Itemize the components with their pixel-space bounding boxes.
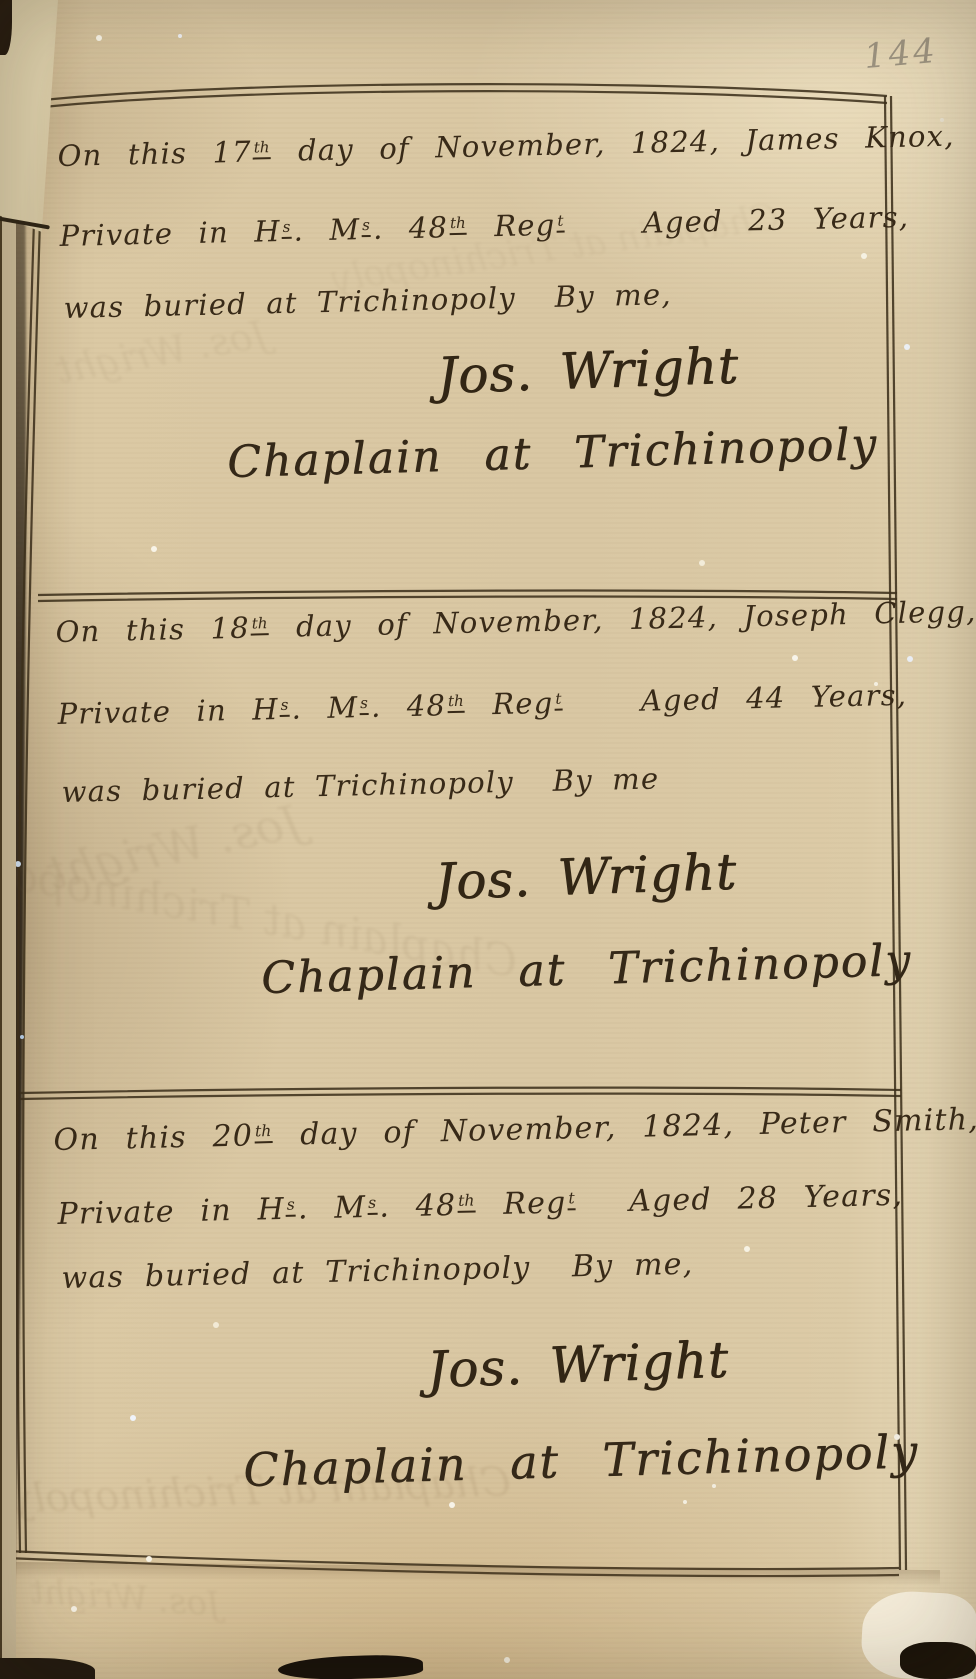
chaplain-signature: Jos. Wright bbox=[436, 337, 740, 405]
folio-number: 144 bbox=[862, 31, 939, 77]
chaplain-signature: Jos. Wright bbox=[426, 1331, 730, 1399]
chaplain-signature: Jos. Wright bbox=[434, 843, 738, 911]
photographed-register-scan: Jos. Wright Chaplain at Trichinopoly Jos… bbox=[0, 0, 976, 1679]
register-page: Jos. Wright Chaplain at Trichinopoly Jos… bbox=[0, 0, 976, 1679]
previous-page-edge bbox=[0, 0, 16, 1679]
paper-tear-dark bbox=[900, 1642, 976, 1679]
